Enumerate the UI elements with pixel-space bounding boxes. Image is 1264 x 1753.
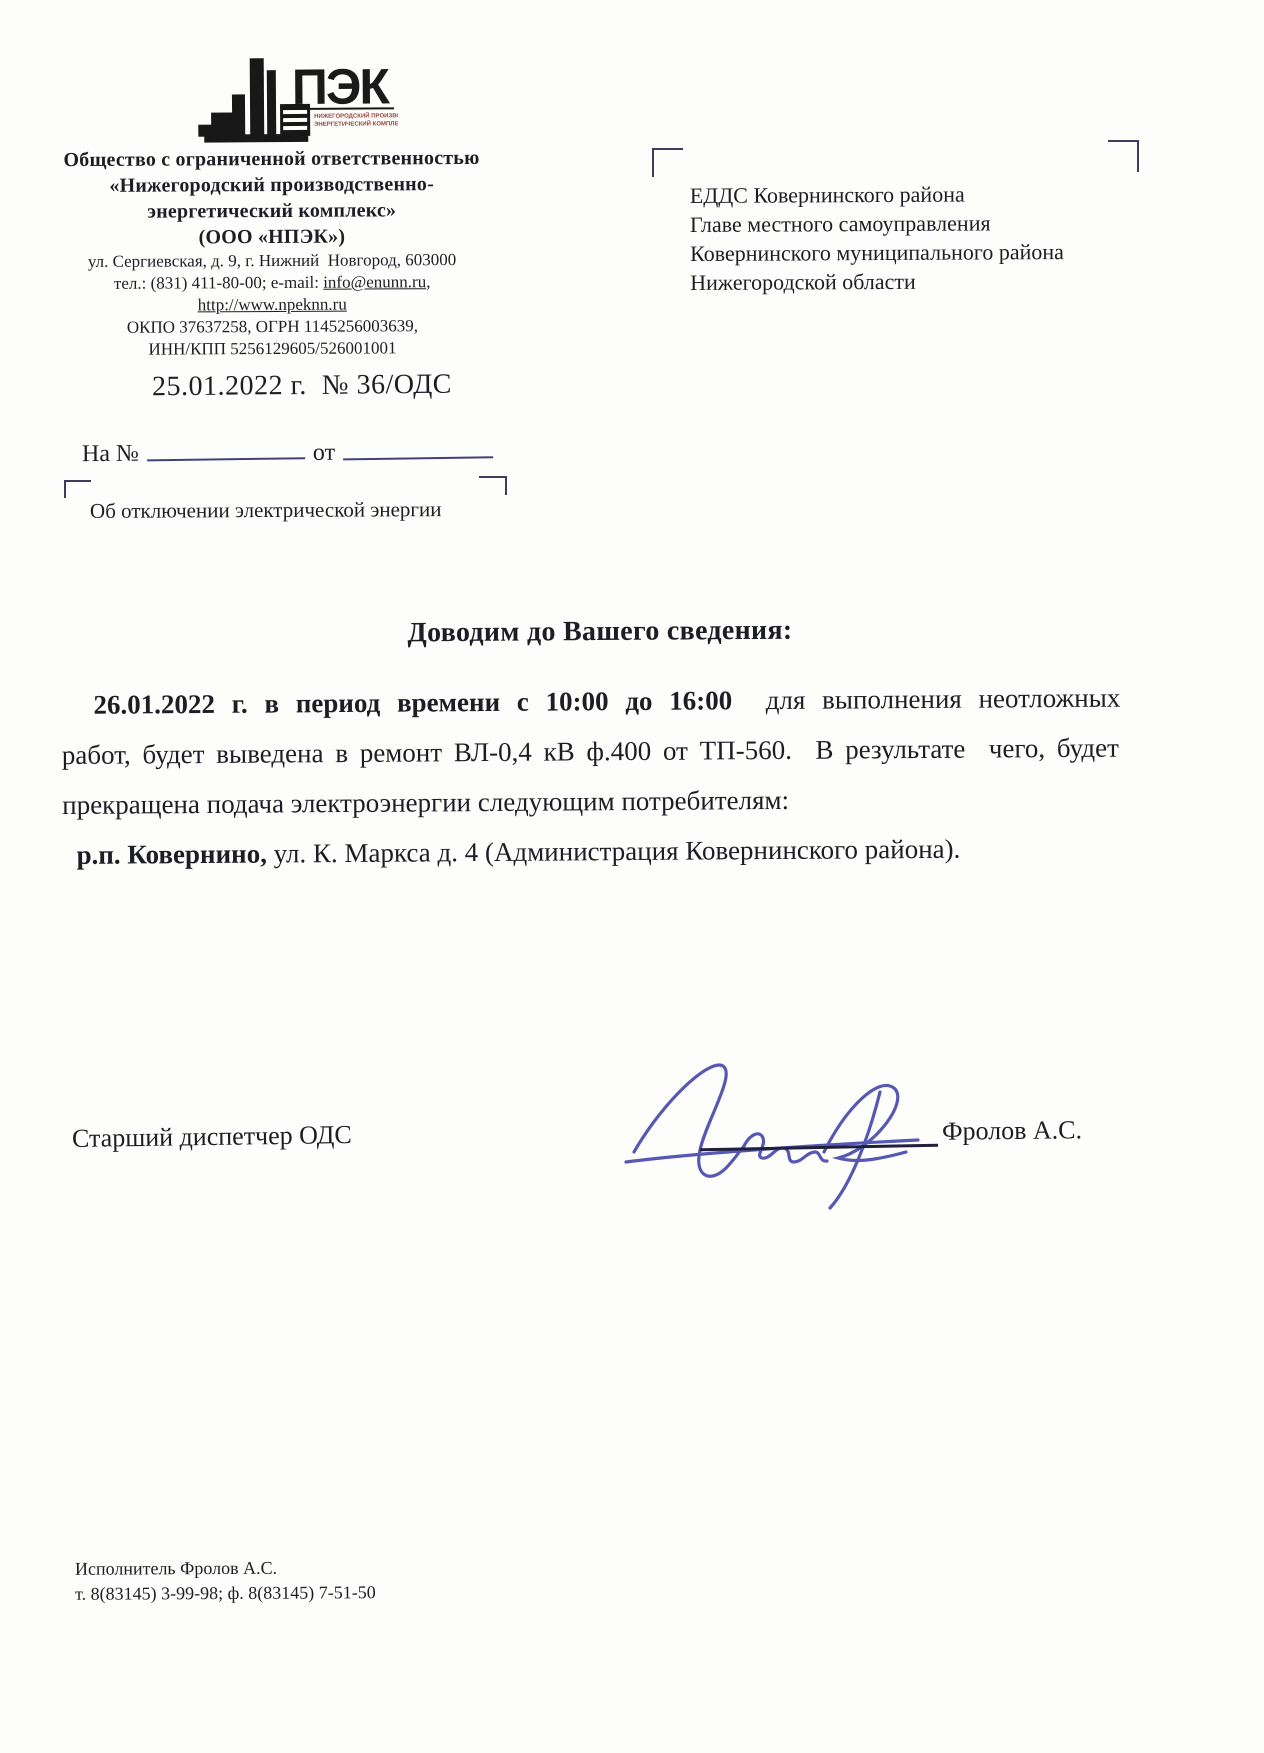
body-line: 26.01.2022 г. в период времени с 10:00 д… bbox=[61, 672, 1203, 730]
reference-line: На №от bbox=[82, 437, 493, 468]
body-line: работ, будет выведена в ремонт ВЛ-0,4 кВ… bbox=[62, 722, 1204, 780]
corner-mark bbox=[652, 148, 683, 177]
body-line: прекращена подача электроэнергии следующ… bbox=[62, 772, 1204, 830]
body-heading: Доводим до Вашего сведения: bbox=[310, 614, 890, 650]
logo-caption-line2: ЭНЕРГЕТИЧЕСКИЙ КОМПЛЕКС bbox=[314, 119, 398, 128]
ref-middle: от bbox=[313, 440, 335, 466]
addressee-line: Нижегородской области bbox=[690, 266, 1064, 297]
consumer-address-rest: ул. К. Маркса д. 4 (Администрация Коверн… bbox=[267, 834, 961, 869]
company-contacts: тел.: (831) 411-80-00; e-mail: info@enun… bbox=[38, 271, 506, 295]
signer-position: Старший диспетчер ОДС bbox=[72, 1120, 352, 1154]
body-paragraph: 26.01.2022 г. в период времени с 10:00 д… bbox=[61, 672, 1204, 880]
company-logo: ПЭК НИЖЕГОРОДСКИЙ ПРОИЗВОДСТВЕННО- ЭНЕРГ… bbox=[198, 51, 399, 152]
corner-mark bbox=[64, 480, 91, 498]
addressee-line: Ковернинского муниципального района bbox=[690, 237, 1064, 268]
company-requisites: Общество с ограниченной ответственностью… bbox=[37, 145, 506, 361]
corner-mark bbox=[479, 476, 507, 495]
addressee-block: ЕДДС Ковернинского района Главе местного… bbox=[690, 179, 1064, 297]
contact-suffix: , bbox=[426, 272, 430, 291]
executor-name: Исполнитель Фролов А.С. bbox=[75, 1555, 376, 1582]
outgoing-date-number: 25.01.2022 г. № 36/ОДС bbox=[152, 369, 452, 404]
ref-number-blank bbox=[147, 437, 305, 461]
phone-label: тел.: (831) 411-80-00; e-mail: bbox=[114, 273, 323, 293]
body-line1-rest: для выполнения неотложных bbox=[732, 683, 1120, 716]
signer-name: Фролов А.С. bbox=[942, 1115, 1082, 1146]
addressee-line: Главе местного самоуправления bbox=[690, 208, 1064, 239]
company-codes-okpo-ogrn: ОКПО 37637258, ОГРН 1145256003639, bbox=[38, 315, 506, 339]
body-line: р.п. Ковернино, ул. К. Маркса д. 4 (Адми… bbox=[62, 822, 1204, 880]
consumer-settlement-bold: р.п. Ковернино, bbox=[76, 839, 267, 870]
company-name-line: Общество с ограниченной ответственностью bbox=[37, 145, 505, 173]
npek-logo-icon: ПЭК НИЖЕГОРОДСКИЙ ПРОИЗВОДСТВЕННО- ЭНЕРГ… bbox=[198, 51, 399, 152]
company-address: ул. Сергиевская, д. 9, г. Нижний Новгоро… bbox=[38, 249, 506, 273]
ref-prefix: На № bbox=[82, 441, 139, 467]
executor-block: Исполнитель Фролов А.С. т. 8(83145) 3-99… bbox=[75, 1555, 376, 1607]
handwritten-signature-ink bbox=[618, 1056, 958, 1216]
email-link: info@enunn.ru bbox=[323, 272, 426, 292]
ref-date-blank bbox=[343, 436, 493, 460]
company-name-line: энергетический комплекс» bbox=[38, 197, 506, 225]
company-name-line: «Нижегородский производственно- bbox=[38, 171, 506, 199]
letter-subject: Об отключении электрической энергии bbox=[90, 497, 442, 524]
logo-acronym: ПЭК bbox=[292, 58, 391, 115]
body-line1-bold: 26.01.2022 г. в период времени с 10:00 д… bbox=[93, 685, 732, 719]
addressee-line: ЕДДС Ковернинского района bbox=[690, 179, 1064, 210]
company-short-name: (ООО «НПЭК») bbox=[38, 223, 506, 251]
corner-mark bbox=[1108, 140, 1139, 172]
executor-phones: т. 8(83145) 3-99-98; ф. 8(83145) 7-51-50 bbox=[75, 1580, 376, 1607]
website-link: http://www.npeknn.ru bbox=[38, 293, 506, 317]
scanned-letter-page: ПЭК НИЖЕГОРОДСКИЙ ПРОИЗВОДСТВЕННО- ЭНЕРГ… bbox=[0, 0, 1264, 1753]
company-codes-inn-kpp: ИНН/КПП 5256129605/526001001 bbox=[38, 337, 506, 361]
